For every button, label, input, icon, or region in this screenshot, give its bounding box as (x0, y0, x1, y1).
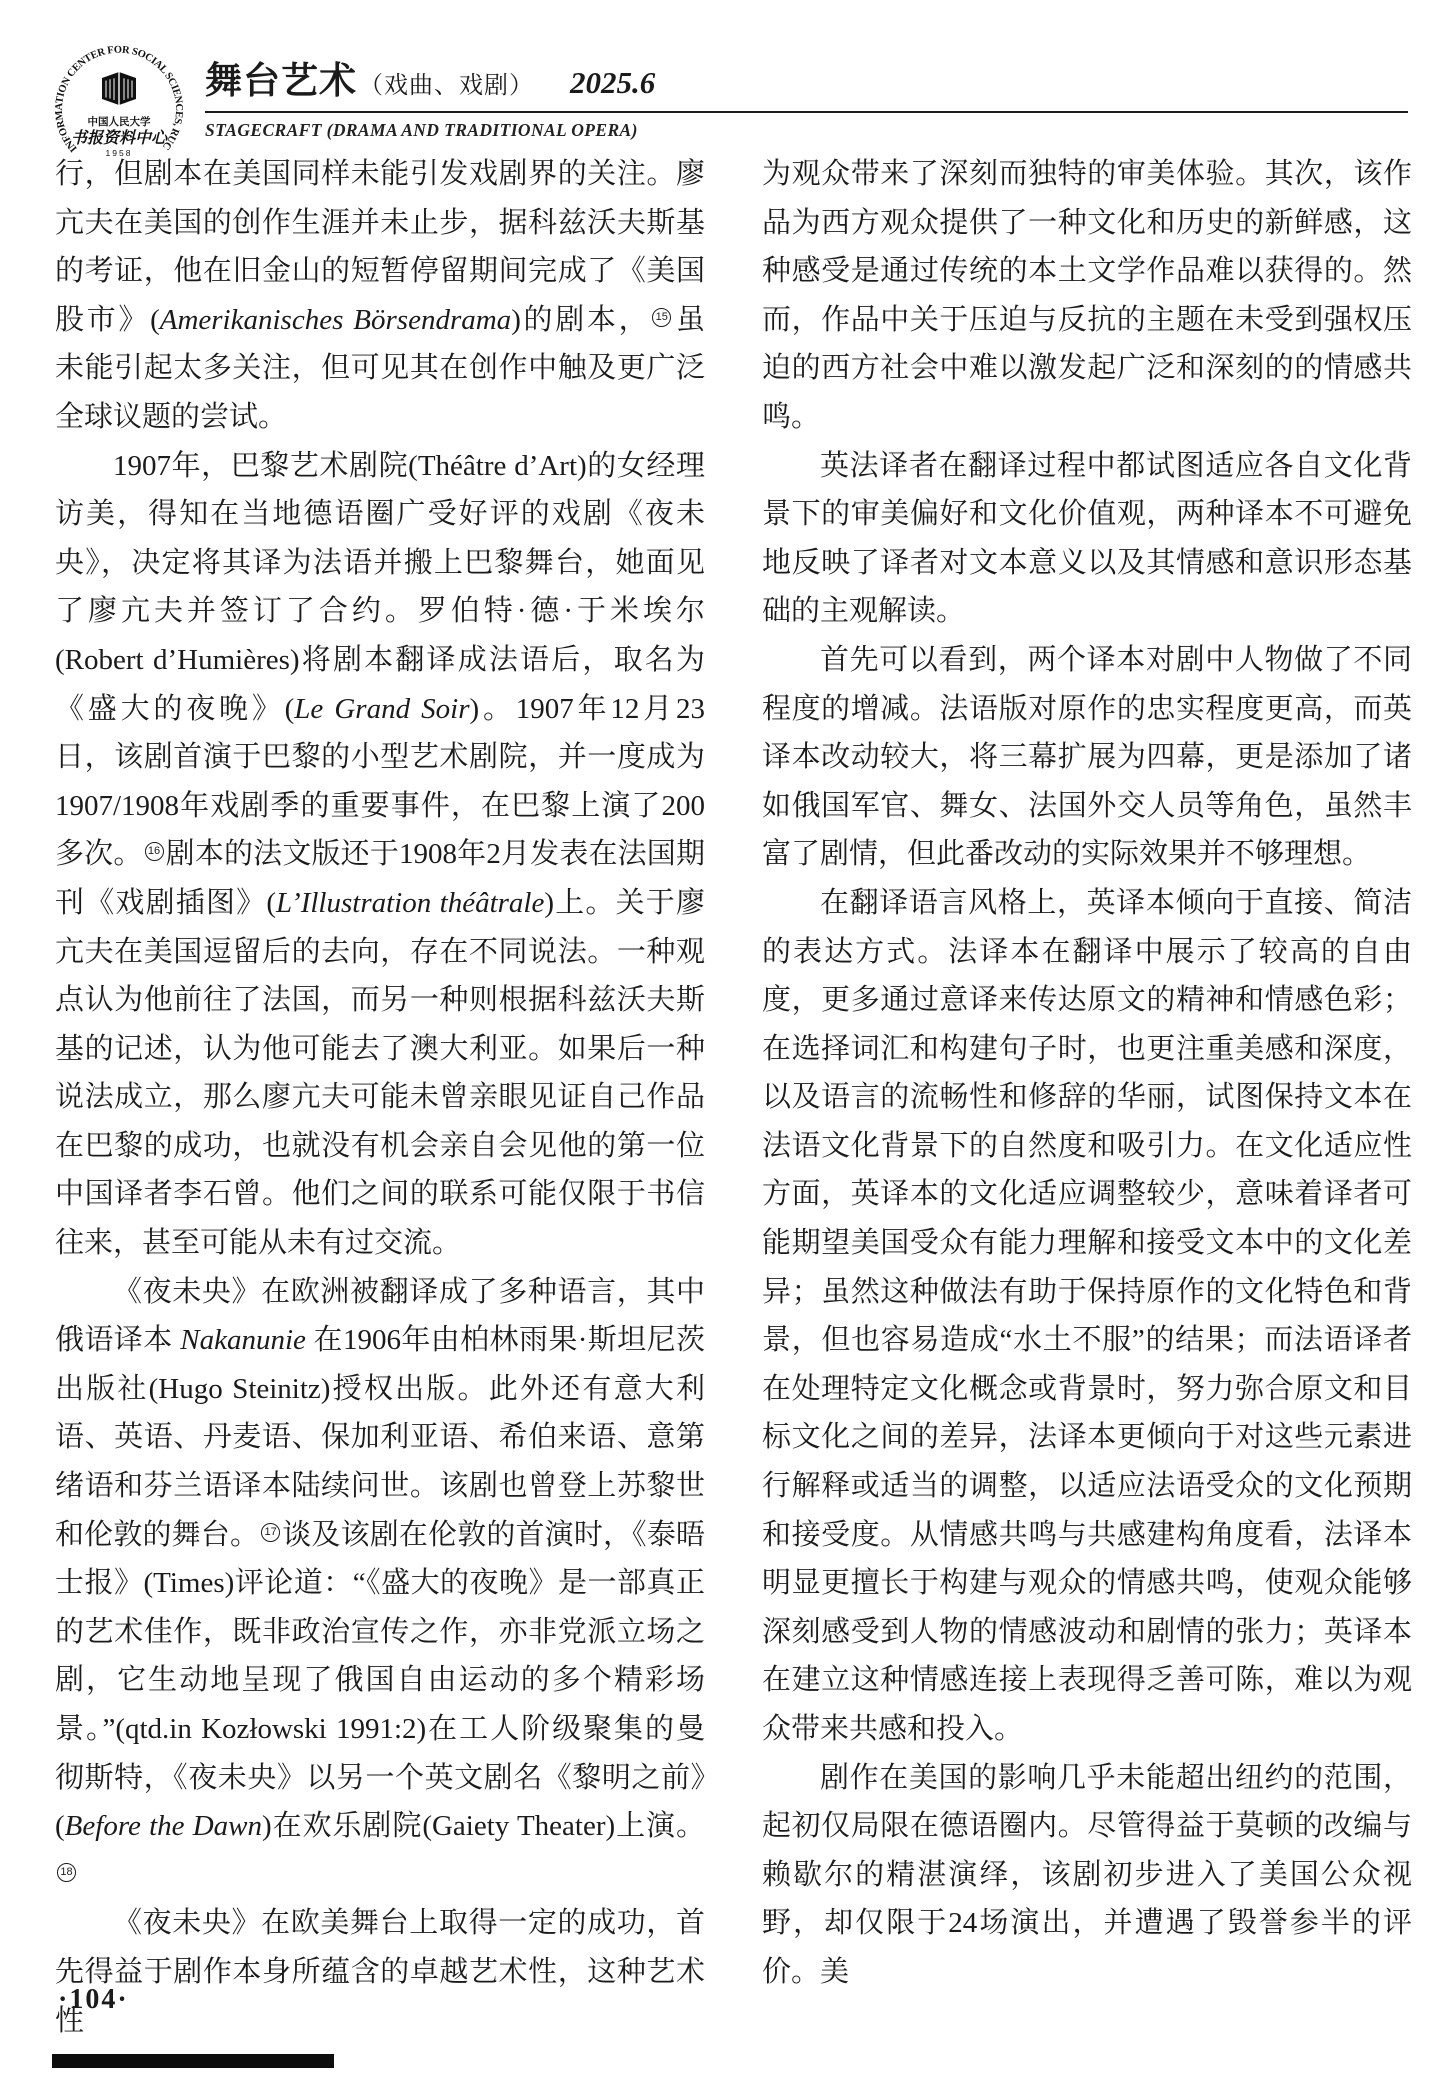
paragraph: 在翻译语言风格上，英译本倾向于直接、简洁的表达方式。法译本在翻译中展示了较高的自… (762, 879, 1412, 1754)
left-column: 行，但剧本在美国同样未能引发戏剧界的关注。廖亢夫在美国的创作生涯并未止步，据科兹… (55, 150, 705, 2045)
masthead: 舞台艺术 （戏曲、戏剧） 2025.6 STAGECRAFT (DRAMA AN… (205, 50, 1408, 141)
paragraph: 首先可以看到，两个译本对剧中人物做了不同程度的增减。法语版对原作的忠实程度更高，… (762, 636, 1412, 879)
footnote-marker: 15 (652, 308, 671, 327)
masthead-title-row: 舞台艺术 （戏曲、戏剧） 2025.6 (205, 50, 1408, 113)
paragraph: 为观众带来了深刻而独特的审美体验。其次，该作品为西方观众提供了一种文化和历史的新… (762, 150, 1412, 442)
right-column: 为观众带来了深刻而独特的审美体验。其次，该作品为西方观众提供了一种文化和历史的新… (762, 150, 1412, 1997)
paragraph: 1907年，巴黎艺术剧院(Théâtre d’Art)的女经理访美，得知在当地德… (55, 442, 705, 1268)
paragraph: 剧作在美国的影响几乎未能超出纽约的范围，起初仅局限在德语圈内。尽管得益于莫顿的改… (762, 1754, 1412, 1997)
seal-center-name: 书报资料中心 (71, 129, 169, 147)
footnote-marker: 17 (261, 1523, 280, 1542)
paragraph: 《夜未央》在欧美舞台上取得一定的成功，首先得益于剧作本身所蕴含的卓越艺术性，这种… (55, 1899, 705, 2045)
paragraph: 英法译者在翻译过程中都试图适应各自文化背景下的审美偏好和文化价值观，两种译本不可… (762, 442, 1412, 636)
journal-page: INFORMATION CENTER FOR SOCIAL SCIENCES, … (0, 0, 1454, 2100)
book-icon (102, 72, 136, 105)
footer-rule-bar (52, 2054, 334, 2068)
journal-issue: 2025.6 (570, 65, 655, 101)
paragraph: 《夜未央》在欧洲被翻译成了多种语言，其中俄语译本 Nakanunie 在1906… (55, 1268, 705, 1900)
page-number: ·104· (58, 1984, 129, 2016)
seal-university-name: 中国人民大学 (88, 115, 151, 128)
journal-title: 舞台艺术 (205, 50, 357, 104)
journal-title-english: STAGECRAFT (DRAMA AND TRADITIONAL OPERA) (205, 120, 1408, 141)
footnote-marker: 18 (57, 1863, 76, 1882)
paragraph: 行，但剧本在美国同样未能引发戏剧界的关注。廖亢夫在美国的创作生涯并未止步，据科兹… (55, 150, 705, 442)
footnote-marker: 16 (145, 842, 164, 861)
journal-title-paren: （戏曲、戏剧） (359, 65, 534, 100)
